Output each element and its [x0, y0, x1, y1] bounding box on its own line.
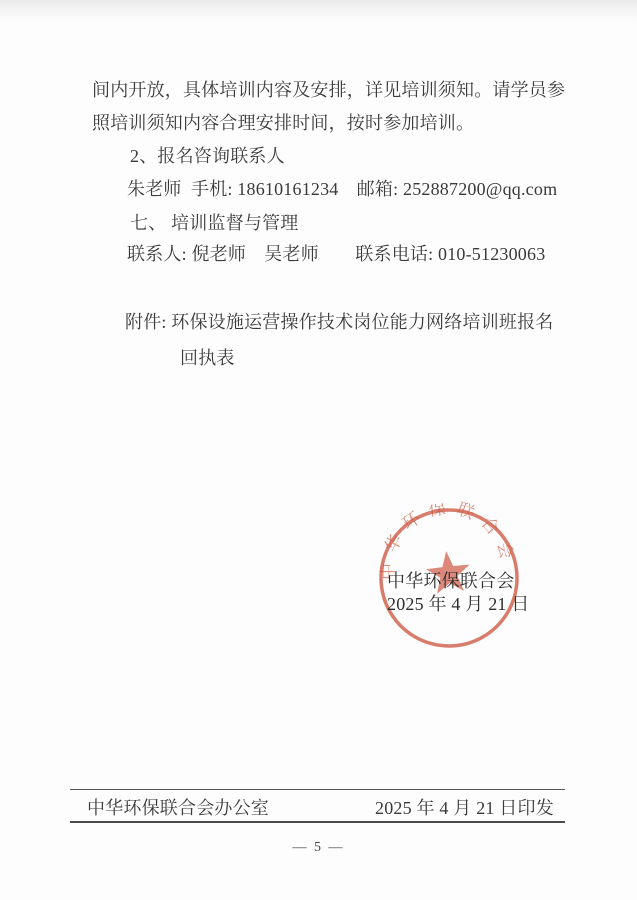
footer-issue-date: 2025 年 4 月 21 日印发 [375, 797, 554, 819]
page-number: — 5 — [0, 840, 637, 856]
supervision-contact-line: 联系人: 倪老师 吴老师 联系电话: 010-51230063 [127, 243, 545, 265]
scanned-document-page: 间内开放，具体培训内容及安排，详见培训须知。请学员参 照培训须知内容合理安排时间… [0, 0, 637, 900]
paragraph-line-2: 照培训须知内容合理安排时间，按时参加培训。 [92, 112, 474, 134]
paragraph-line-1: 间内开放，具体培训内容及安排，详见培训须知。请学员参 [92, 79, 565, 101]
scan-edge-shadow [0, 0, 637, 26]
list-item-registration-contact: 2、报名咨询联系人 [130, 145, 285, 167]
section-heading-supervision: 七、 培训监督与管理 [130, 212, 299, 234]
attachment-line-2: 回执表 [180, 347, 235, 369]
footer-rule-bottom [70, 821, 565, 823]
signature-date: 2025 年 4 月 21 日 [387, 593, 530, 615]
attachment-line-1: 附件: 环保设施运营操作技术岗位能力网络培训班报名 [125, 311, 554, 333]
contact-info-line: 朱老师 手机: 18610161234 邮箱: 252887200@qq.com [127, 178, 557, 200]
footer-rule-top [70, 789, 565, 790]
footer-issuer: 中华环保联合会办公室 [87, 797, 269, 819]
signature-organization: 中华环保联合会 [387, 570, 514, 592]
